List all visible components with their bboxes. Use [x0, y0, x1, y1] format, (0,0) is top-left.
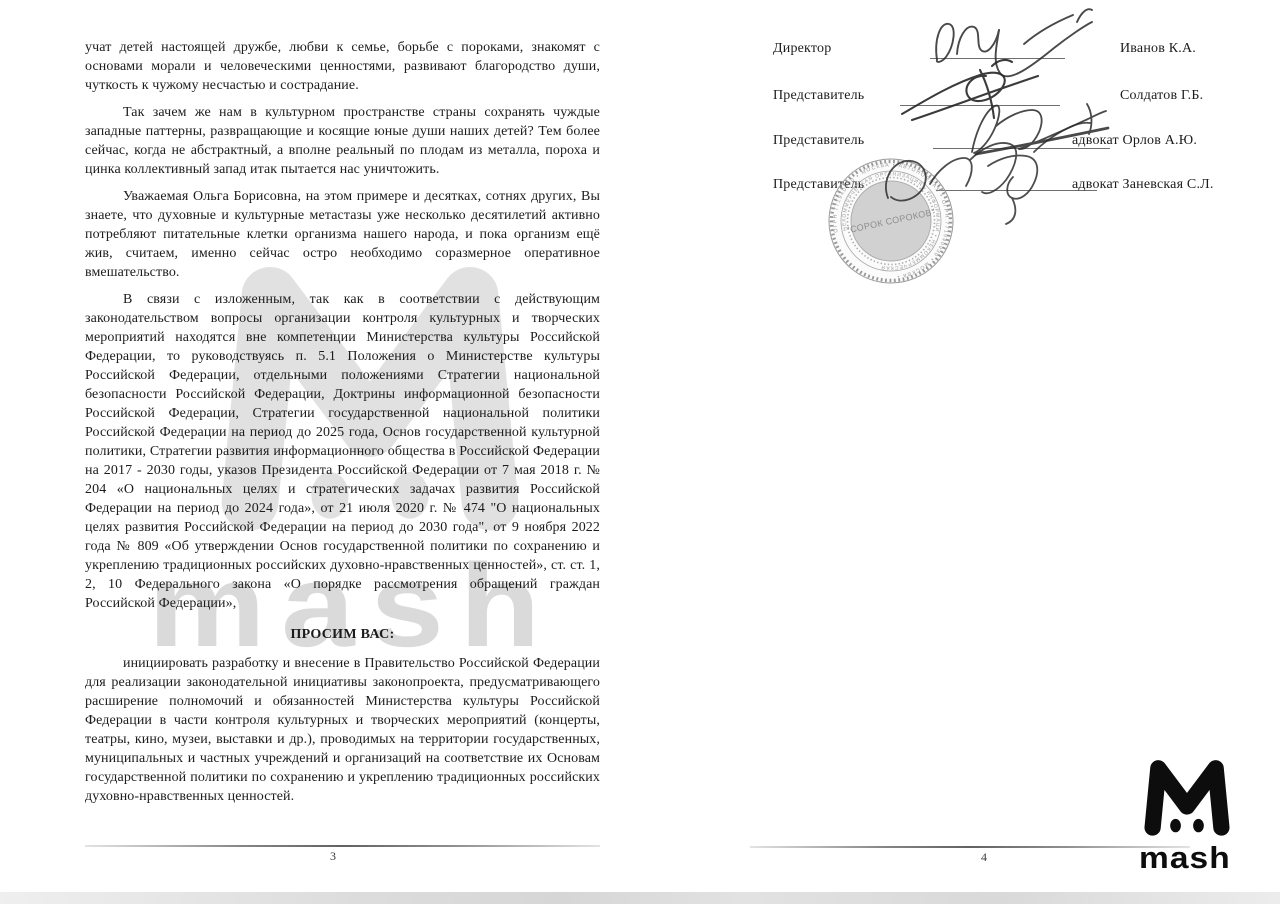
- document-page-4: Директор Представитель Представитель Пре…: [640, 0, 1280, 904]
- footer-rule: [85, 845, 600, 847]
- signatory-title: Представитель: [773, 177, 864, 193]
- signatory-name: Иванов К.А.: [1120, 41, 1196, 57]
- paragraph: Уважаемая Ольга Борисовна, на этом приме…: [85, 187, 600, 282]
- signature-zanevskaya: [886, 123, 1090, 224]
- mash-logo-word: mash: [1139, 840, 1280, 876]
- request-heading: ПРОСИМ ВАС:: [85, 625, 600, 644]
- page-number: 3: [330, 849, 336, 864]
- paragraph: инициировать разработку и внесение в Пра…: [85, 654, 600, 806]
- svg-text:ОГРН 771940930 • МОСКВА • АВТО: ОГРН 771940930 • МОСКВА • АВТОНОМНАЯ • О…: [822, 152, 961, 291]
- page-number: 4: [981, 850, 987, 865]
- paragraph: Так зачем же нам в культурном пространст…: [85, 103, 600, 179]
- mash-logo-icon: [1137, 753, 1280, 844]
- document-page-3: mash учат детей настоящей дружбе, любви …: [0, 0, 640, 904]
- scanned-document: mash учат детей настоящей дружбе, любви …: [0, 0, 1280, 904]
- paragraph: В связи с изложенным, так как в соответс…: [85, 290, 600, 613]
- signature-ivanov: [936, 9, 1092, 76]
- signatory-title: Представитель: [773, 88, 864, 104]
- round-seal-stamp: ОГРН 771940930 • МОСКВА • АВТОНОМНАЯ • О…: [817, 147, 964, 294]
- scan-edge-strip: [0, 892, 1280, 904]
- signatory-name: адвокат Орлов А.Ю.: [1072, 133, 1197, 149]
- signatory-name: Солдатов Г.Б.: [1120, 88, 1203, 104]
- signature-soldatov: [902, 60, 1038, 120]
- letter-body: учат детей настоящей дружбе, любви к сем…: [85, 0, 600, 814]
- signatory-name: адвокат Заневская С.Л.: [1072, 177, 1214, 193]
- signatory-title: Представитель: [773, 133, 864, 149]
- stamp-ring-text-outer: ОГРН 771940930 • МОСКВА • АВТОНОМНАЯ • О…: [822, 152, 961, 291]
- stamp-center-text: "СОРОК СОРОКОВ": [846, 207, 937, 236]
- signature-line: [930, 58, 1065, 59]
- signatory-title: Директор: [773, 41, 831, 57]
- mash-logo: mash: [1137, 753, 1280, 876]
- signature-line: [900, 105, 1060, 106]
- footer-rule: [750, 846, 1190, 848]
- paragraph: учат детей настоящей дружбе, любви к сем…: [85, 38, 600, 95]
